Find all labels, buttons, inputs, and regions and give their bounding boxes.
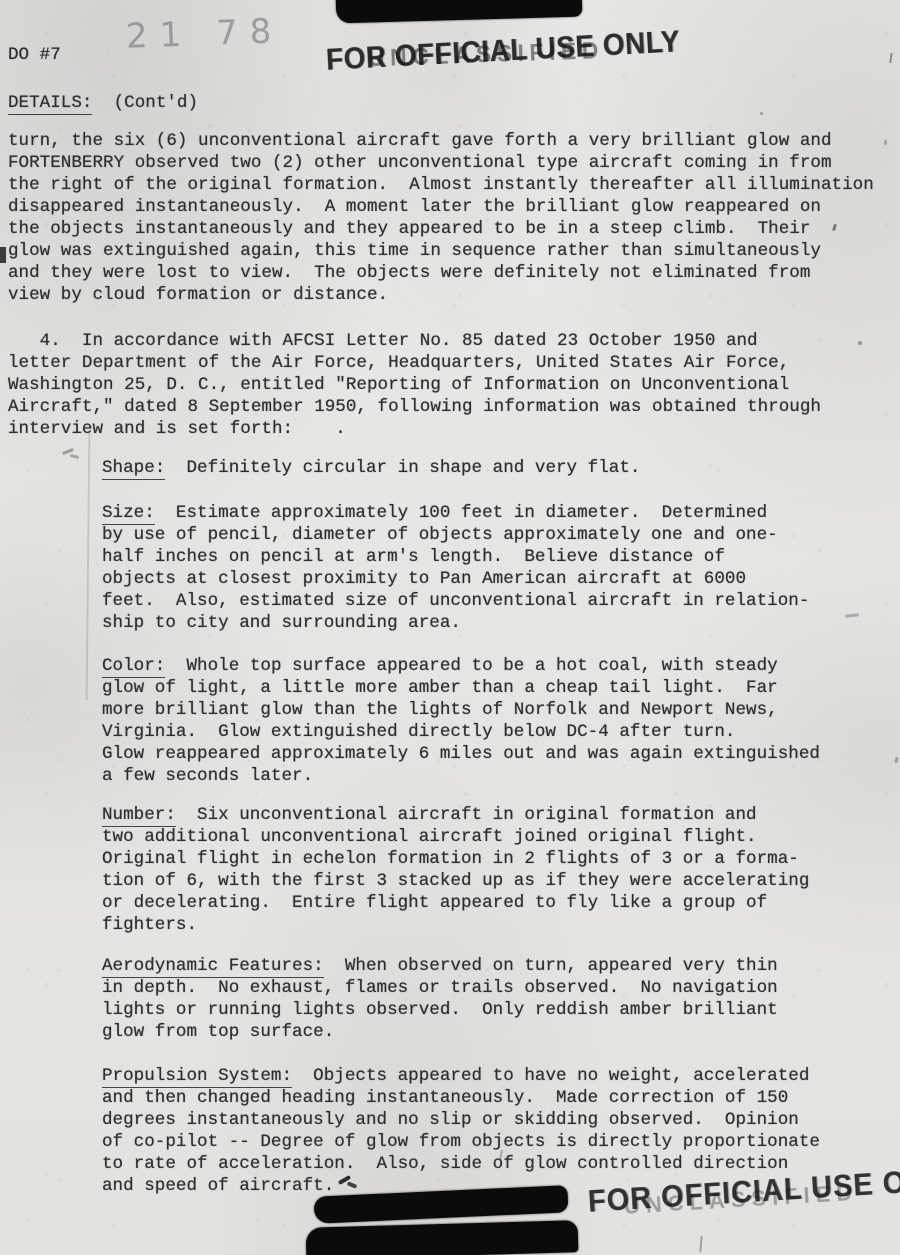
section-color: Color: Whole top surface appeared to be … [102,655,820,787]
redaction-bar-bottom-2 [306,1220,579,1255]
section-size-heading: Size: [102,503,155,525]
redaction-bar-top [336,0,583,23]
section-aerodynamic-features: Aerodynamic Features: When observed on t… [102,955,778,1043]
scan-pencil-mark [845,613,859,617]
section-shape-text: Definitely circular in shape and very fl… [165,458,640,478]
penciled-page-number: 21 78 [125,11,284,56]
scan-speck [894,757,898,764]
scan-pencil-mark [62,448,74,455]
section-shape-heading: Shape: [102,458,165,480]
scan-speck [889,53,892,63]
section-number-text: Six unconventional aircraft in original … [102,805,809,935]
paragraph-continuation: turn, the six (6) unconventional aircraf… [8,130,874,306]
details-heading: DETAILS: (Cont'd) [8,92,198,114]
section-size-text: Estimate approximately 100 feet in diame… [102,503,809,633]
scan-fold-line [86,432,91,700]
section-propulsion-heading: Propulsion System: [102,1066,292,1088]
scan-speck [760,112,763,115]
section-shape: Shape: Definitely circular in shape and … [102,457,640,479]
section-color-heading: Color: [102,656,165,678]
section-number: Number: Six unconventional aircraft in o… [102,804,809,936]
scan-pencil-mark [70,454,79,459]
section-number-heading: Number: [102,805,176,827]
details-contd: (Cont'd) [92,93,198,113]
scan-speck [884,140,887,145]
section-size: Size: Estimate approximately 100 feet in… [102,502,809,634]
section-color-text: Whole top surface appeared to be a hot c… [102,656,820,786]
details-label: DETAILS: [8,93,92,115]
section-aerodynamic-heading: Aerodynamic Features: [102,956,324,978]
scan-speck [858,341,862,345]
doc-number: DO #7 [8,44,61,66]
scan-edge-mark [0,247,6,263]
scanned-document-page: DO #7 21 78 FOR OFFICIAL USE ONLY UNCLAS… [0,0,900,1255]
paragraph-item-4: 4. In accordance with AFCSI Letter No. 8… [8,330,821,440]
scan-speck [699,1236,702,1252]
